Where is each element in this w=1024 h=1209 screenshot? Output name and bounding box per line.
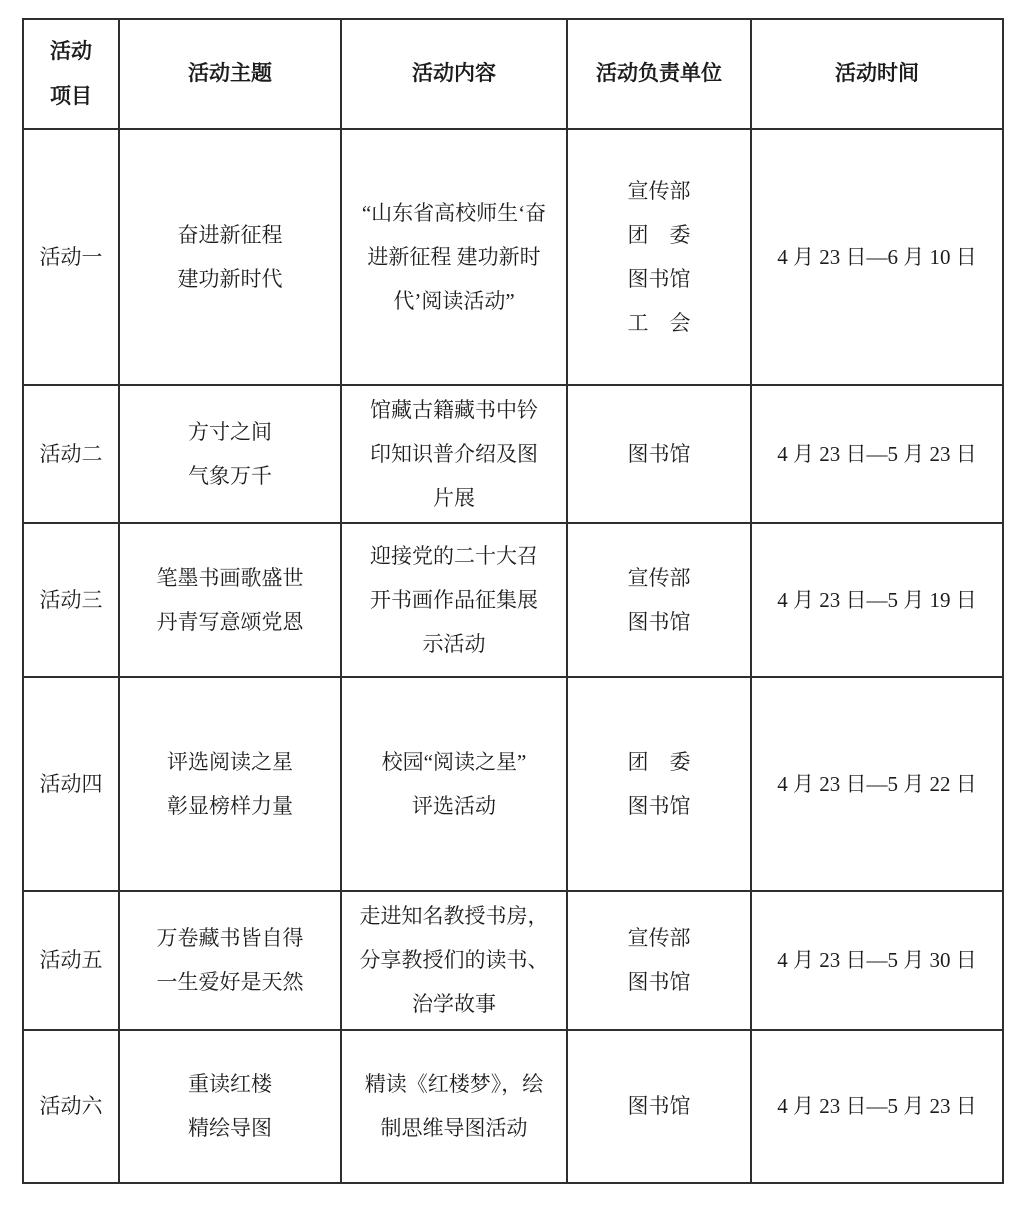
cell-r3-unit: 宣传部 图书馆 (567, 523, 751, 677)
table-row-activity-5: 活动五 万卷藏书皆自得 一生爱好是天然 走进知名教授书房， 分享教授们的读书、 … (23, 891, 1003, 1029)
header-project: 活动 项目 (23, 19, 119, 129)
cell-r3-content: 迎接党的二十大召 开书画作品征集展 示活动 (341, 523, 567, 677)
cell-r5-time: 4 月 23 日—5 月 30 日 (751, 891, 1003, 1029)
table-row-activity-2: 活动二 方寸之间 气象万千 馆藏古籍藏书中钤 印知识普介绍及图 片展 图书馆 4… (23, 385, 1003, 523)
header-unit: 活动负责单位 (567, 19, 751, 129)
table-row-activity-1: 活动一 奋进新征程 建功新时代 “山东省高校师生‘奋 进新征程 建功新时 代’阅… (23, 129, 1003, 385)
cell-r4-unit: 团 委 图书馆 (567, 677, 751, 891)
cell-r5-content: 走进知名教授书房， 分享教授们的读书、 治学故事 (341, 891, 567, 1029)
cell-r3-theme: 笔墨书画歌盛世 丹青写意颂党恩 (119, 523, 341, 677)
header-content: 活动内容 (341, 19, 567, 129)
cell-r2-content: 馆藏古籍藏书中钤 印知识普介绍及图 片展 (341, 385, 567, 523)
table-row-activity-6: 活动六 重读红楼 精绘导图 精读《红楼梦》，绘 制思维导图活动 图书馆 4 月 … (23, 1030, 1003, 1183)
cell-r2-theme: 方寸之间 气象万千 (119, 385, 341, 523)
cell-r6-time: 4 月 23 日—5 月 23 日 (751, 1030, 1003, 1183)
table-header-row: 活动 项目 活动主题 活动内容 活动负责单位 活动时间 (23, 19, 1003, 129)
cell-r2-time: 4 月 23 日—5 月 23 日 (751, 385, 1003, 523)
cell-r5-theme: 万卷藏书皆自得 一生爱好是天然 (119, 891, 341, 1029)
cell-r4-theme: 评选阅读之星 彰显榜样力量 (119, 677, 341, 891)
cell-r2-unit: 图书馆 (567, 385, 751, 523)
header-time: 活动时间 (751, 19, 1003, 129)
cell-r1-time: 4 月 23 日—6 月 10 日 (751, 129, 1003, 385)
cell-r6-unit: 图书馆 (567, 1030, 751, 1183)
cell-r2-project: 活动二 (23, 385, 119, 523)
cell-r4-time: 4 月 23 日—5 月 22 日 (751, 677, 1003, 891)
activities-table: 活动 项目 活动主题 活动内容 活动负责单位 活动时间 活动一 奋进新征程 建功… (22, 18, 1004, 1184)
document-page: { "page": { "background": "#ffffff", "bo… (0, 0, 1024, 1209)
cell-r4-project: 活动四 (23, 677, 119, 891)
cell-r6-theme: 重读红楼 精绘导图 (119, 1030, 341, 1183)
cell-r4-content: 校园“阅读之星” 评选活动 (341, 677, 567, 891)
cell-r3-project: 活动三 (23, 523, 119, 677)
cell-r3-time: 4 月 23 日—5 月 19 日 (751, 523, 1003, 677)
cell-r1-unit: 宣传部 团 委 图书馆 工 会 (567, 129, 751, 385)
cell-r6-project: 活动六 (23, 1030, 119, 1183)
cell-r6-content: 精读《红楼梦》，绘 制思维导图活动 (341, 1030, 567, 1183)
cell-r5-project: 活动五 (23, 891, 119, 1029)
cell-r1-content: “山东省高校师生‘奋 进新征程 建功新时 代’阅读活动” (341, 129, 567, 385)
table-row-activity-4: 活动四 评选阅读之星 彰显榜样力量 校园“阅读之星” 评选活动 团 委 图书馆 … (23, 677, 1003, 891)
cell-r1-theme: 奋进新征程 建功新时代 (119, 129, 341, 385)
table-row-activity-3: 活动三 笔墨书画歌盛世 丹青写意颂党恩 迎接党的二十大召 开书画作品征集展 示活… (23, 523, 1003, 677)
cell-r5-unit: 宣传部 图书馆 (567, 891, 751, 1029)
header-theme: 活动主题 (119, 19, 341, 129)
cell-r1-project: 活动一 (23, 129, 119, 385)
